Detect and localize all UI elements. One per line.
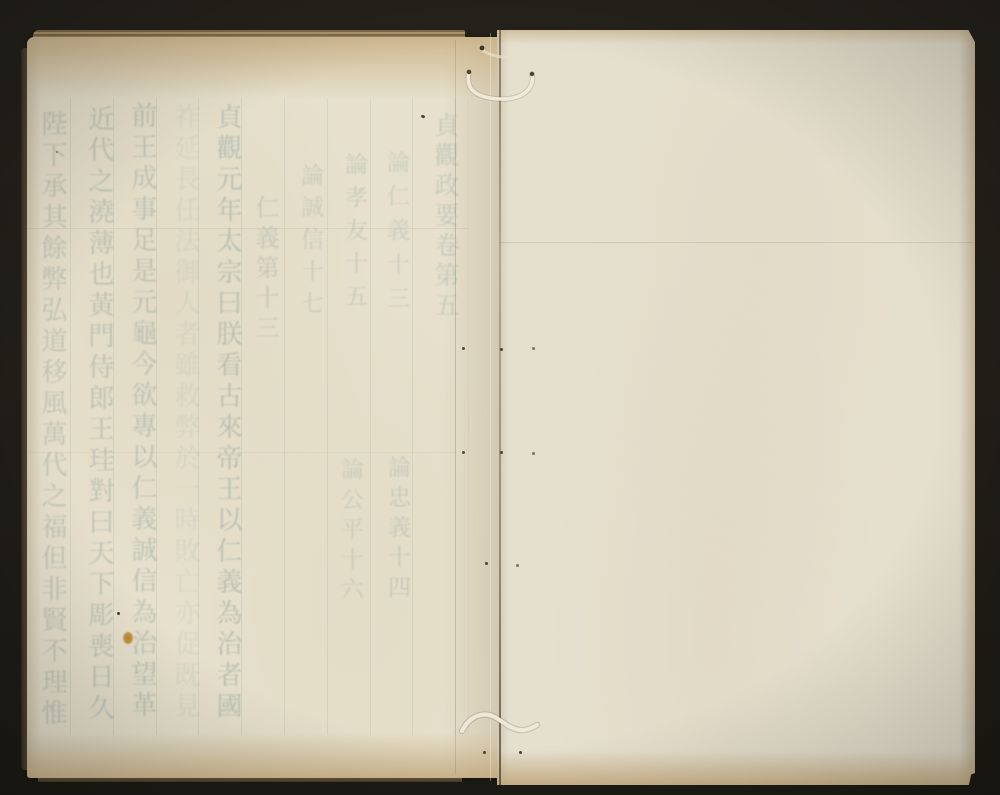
stain bbox=[123, 632, 133, 644]
sewing-hole bbox=[483, 751, 486, 754]
body-text-column-1: 貞觀元年太宗曰朕看古來帝王以仁義為治者國 bbox=[209, 103, 246, 723]
sewing-hole bbox=[532, 452, 535, 455]
toc-column-17: 論誠信十七 bbox=[294, 163, 327, 323]
toc-column-16: 論公平十六 bbox=[334, 457, 367, 607]
toc-column-14: 論忠義十四 bbox=[381, 455, 414, 605]
volume-title-column: 貞觀政要卷第五 bbox=[427, 112, 463, 322]
sewing-hole bbox=[500, 348, 503, 351]
toc-column-13: 論仁義十三 bbox=[380, 150, 413, 320]
toc-column-15: 論孝友十五 bbox=[338, 152, 371, 317]
speck bbox=[462, 451, 465, 454]
body-text-column-4: 近代之澆薄也黃門侍郎王珪對曰天下彫喪日久 bbox=[81, 105, 118, 725]
sewing-hole bbox=[519, 751, 522, 754]
body-text-column-5: 陛下承其餘弊弘道移風萬代之福但非賢不理惟 bbox=[34, 110, 71, 730]
binding-thread-bottom bbox=[450, 700, 550, 745]
sewing-hole bbox=[516, 564, 519, 567]
right-page bbox=[497, 30, 975, 785]
speck bbox=[462, 347, 465, 350]
section-header-column: 仁義第十三 bbox=[248, 195, 283, 345]
crease-line-right-page bbox=[500, 242, 973, 243]
sewing-hole bbox=[500, 451, 503, 454]
page-stack-edge-bottom bbox=[38, 778, 462, 782]
book-photo: 貞觀政要卷第五 論仁義十三 論忠義十四 論孝友十五 論公平十六 論誠信十七 仁義… bbox=[0, 0, 1000, 795]
binding-thread-top bbox=[455, 38, 550, 108]
fold-crease bbox=[490, 33, 491, 781]
spine-fold-line bbox=[499, 30, 501, 785]
sewing-hole bbox=[532, 347, 535, 350]
speck bbox=[56, 151, 58, 153]
body-text-column-3: 前王成事足是元龜今欲專以仁義誠信為治望革 bbox=[124, 102, 161, 722]
sewing-hole bbox=[485, 562, 488, 565]
speck bbox=[117, 612, 120, 615]
body-text-column-2: 祚延長任法御人者雖救弊於一時敗亡亦促既見 bbox=[167, 103, 204, 723]
